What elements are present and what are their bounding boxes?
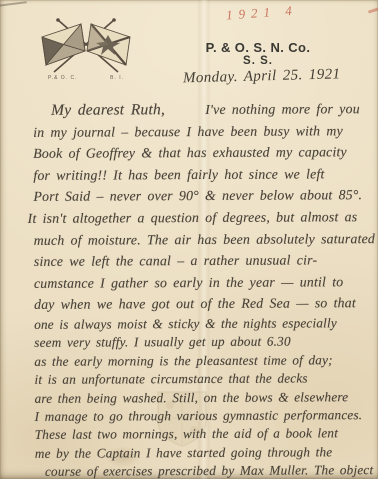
letter-line: as the early morning is the pleasantest … [28, 351, 376, 371]
crossed-flags-logo [34, 15, 138, 75]
bi-flag-icon [87, 24, 130, 65]
letter-line: are then being washed. Still, on the bow… [29, 388, 377, 408]
letter-line: seem very stuffy. I usually get up about… [28, 332, 376, 352]
letterhead-vessel-prefix: S. S. [188, 55, 328, 67]
letter-page: 1921 4 P.& O. C. B. I. P. & O. S. N. C [0, 0, 378, 479]
letter-body: My dearest Ruth, I've nothing more for y… [27, 98, 377, 479]
letter-line: for writing!! It has been fairly hot sin… [27, 163, 375, 186]
red-pencil-dash [368, 7, 378, 13]
letter-line: day when we have got out of the Red Sea … [28, 292, 376, 315]
letter-line: My dearest Ruth, I've nothing more for y… [27, 98, 375, 121]
letter-line: Port Said – never over 90° & never below… [27, 184, 375, 207]
logo-caption-right: B. I. [110, 75, 124, 81]
opening-text: I've nothing more for you [205, 101, 360, 117]
logo-captions: P.& O. C. B. I. [34, 75, 138, 81]
letter-line: These last two mornings, with the aid of… [29, 424, 377, 444]
letter-line: since we left the canal – a rather unusu… [28, 249, 376, 272]
letter-line: it is an unfortunate circumstance that t… [28, 369, 376, 389]
letter-line: I manage to go through various gymnastic… [29, 406, 377, 426]
date-line: Monday. April 25. 1921 [183, 66, 368, 88]
letter-line: course of exercises prescribed by Max Mu… [29, 461, 377, 479]
letterhead-company: P. & O. S. N. Co. [188, 40, 328, 55]
letter-line: It isn't altogether a question of degree… [28, 206, 376, 229]
pando-flag-icon [42, 24, 85, 65]
letter-line: Book of Geoffrey & that has exhausted my… [27, 141, 375, 164]
archival-number: 1921 4 [226, 3, 299, 24]
letter-line: cumstance I gather so early in the year … [28, 271, 376, 294]
salutation: My dearest Ruth, [51, 101, 165, 119]
letter-line: me by the Captain I have started going t… [29, 443, 377, 463]
letter-line: one is always moist & sticky & the night… [28, 314, 376, 334]
letter-line: much of moisture. The air has been absol… [28, 228, 376, 251]
logo-caption-left: P.& O. C. [48, 75, 77, 81]
pencil-mark [0, 1, 27, 10]
letter-line: in my journal – because I have been busy… [27, 120, 375, 143]
